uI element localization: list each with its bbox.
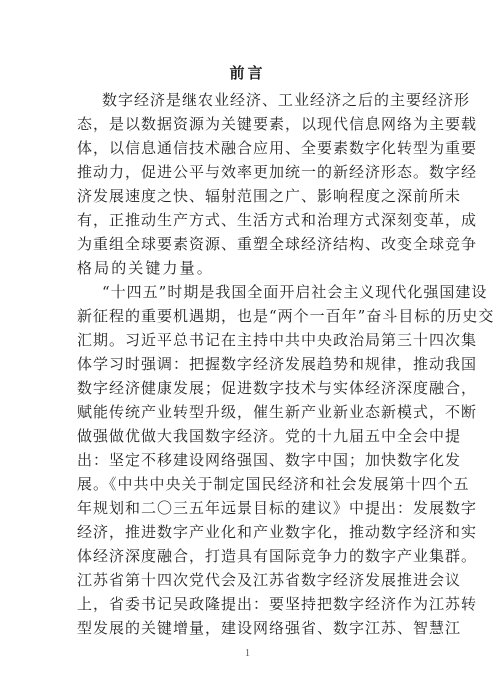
text-line: 体，以信息通信技术融合应用、全要素数字化转型为重要 — [77, 136, 419, 160]
text-line: 江苏省第十四次党代会及江苏省数字经济发展推进会议 — [77, 568, 419, 592]
text-line: 年规划和二〇三五年远景目标的建议》中提出：发展数字 — [77, 496, 419, 520]
text-line: 体学习时强调：把握数字经济发展趋势和规律，推动我国 — [77, 352, 419, 376]
text-line: 为重组全球要素资源、重塑全球经济结构、改变全球竞争 — [77, 232, 419, 256]
text-line: 体经济深度融合，打造具有国际竞争力的数字产业集群。 — [77, 544, 419, 568]
text-line: “十四五”时期是我国全面开启社会主义现代化强国建设 — [77, 280, 419, 304]
text-line: 新征程的重要机遇期，也是“两个一百年”奋斗目标的历史交 — [77, 304, 419, 328]
text-line: 推动力，促进公平与效率更加统一的新经济形态。数字经 — [77, 160, 419, 184]
text-line: 展。《中共中央关于制定国民经济和社会发展第十四个五 — [77, 472, 419, 496]
text-line: 出：坚定不移建设网络强国、数字中国；加快数字化发 — [77, 448, 419, 472]
text-line: 态，是以数据资源为关键要素，以现代信息网络为主要载 — [77, 112, 419, 136]
text-line: 上，省委书记吴政隆提出：要坚持把数字经济作为江苏转 — [77, 592, 419, 616]
text-line: 济发展速度之快、辐射范围之广、影响程度之深前所未 — [77, 184, 419, 208]
text-line: 格局的关键力量。 — [77, 256, 419, 280]
text-line: 型发展的关键增量，建设网络强省、数字江苏、智慧江 — [77, 616, 419, 640]
paragraph-2: “十四五”时期是我国全面开启社会主义现代化强国建设 新征程的重要机遇期，也是“两… — [77, 280, 419, 640]
text-line: 赋能传统产业转型升级，催生新产业新业态新模式，不断 — [77, 400, 419, 424]
body-text: 数字经济是继农业经济、工业经济之后的主要经济形 态，是以数据资源为关键要素，以现… — [77, 88, 419, 640]
page-title: 前言 — [0, 63, 495, 83]
text-line: 做强做优做大我国数字经济。党的十九届五中全会中提 — [77, 424, 419, 448]
text-line: 有，正推动生产方式、生活方式和治理方式深刻变革，成 — [77, 208, 419, 232]
text-line: 数字经济是继农业经济、工业经济之后的主要经济形 — [77, 88, 419, 112]
text-line: 经济，推进数字产业化和产业数字化，推动数字经济和实 — [77, 520, 419, 544]
text-line: 汇期。习近平总书记在主持中共中央政治局第三十四次集 — [77, 328, 419, 352]
page-number: 1 — [0, 646, 495, 662]
document-page: 前言 数字经济是继农业经济、工业经济之后的主要经济形 态，是以数据资源为关键要素… — [0, 0, 495, 700]
text-line: 数字经济健康发展；促进数字技术与实体经济深度融合， — [77, 376, 419, 400]
paragraph-1: 数字经济是继农业经济、工业经济之后的主要经济形 态，是以数据资源为关键要素，以现… — [77, 88, 419, 280]
